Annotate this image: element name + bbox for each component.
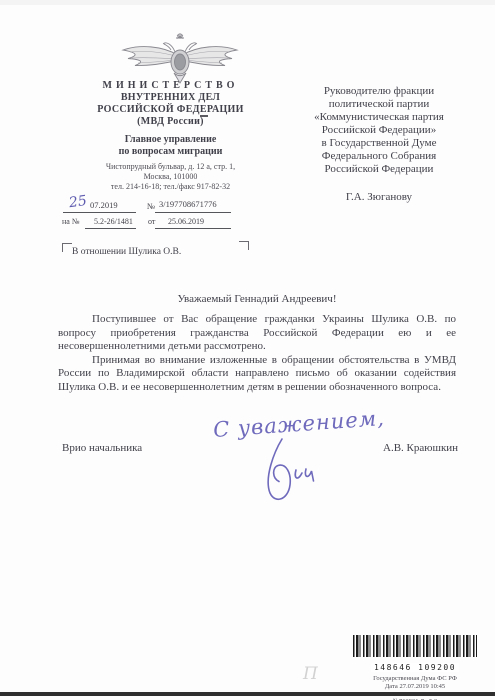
- recipient-name: Г.А. Зюганову: [283, 191, 475, 203]
- number-sign: №: [147, 201, 155, 211]
- letter-body: Поступившее от Вас обращение гражданки У…: [58, 313, 456, 394]
- barcode-digits: 148646 109200: [371, 663, 459, 672]
- incoming-date-underline: [155, 228, 231, 229]
- from-label: от: [148, 217, 155, 226]
- incoming-date: 25.06.2019: [168, 217, 204, 226]
- subject-line: В отношении Шулика О.В.: [72, 247, 181, 257]
- recipient-line: политической партии: [283, 98, 475, 111]
- outgoing-number-underline: [155, 212, 231, 213]
- stamp-date: Дата 27.07.2019 10:45: [349, 683, 481, 691]
- address-corner-mark-left: [62, 243, 72, 252]
- handwritten-day: 25: [68, 193, 88, 211]
- signature-flourish: [252, 438, 332, 506]
- recipient-line: в Государственной Думе: [283, 137, 475, 150]
- letter-date: 07.2019: [90, 200, 118, 210]
- body-paragraph-2: Принимая во внимание изложенные в обраще…: [58, 354, 456, 395]
- ministry-name-line2: ВНУТРЕННИХ ДЕЛ: [48, 92, 293, 104]
- ministry-abbreviation: (МВД России): [48, 116, 293, 128]
- salutation: Уважаемый Геннадий Андреевич!: [58, 293, 456, 305]
- incoming-number-underline: [85, 228, 136, 229]
- division-name: Главное управление по вопросам миграции: [48, 134, 293, 158]
- address-street: Чистопрудный бульвар, д. 12 а, стр. 1,: [48, 162, 293, 172]
- page-mark: П: [303, 664, 318, 684]
- barcode: [353, 635, 477, 657]
- incoming-number: 5.2-26/1481: [94, 217, 133, 226]
- address-phone: тел. 214-16-18; тел./факс 917-82-32: [48, 182, 293, 192]
- recipient-line: «Коммунистическая партия: [283, 111, 475, 124]
- address-city: Москва, 101000: [48, 172, 293, 182]
- mvd-eagle-emblem: [120, 29, 240, 87]
- handwritten-regards: С уважением,: [212, 406, 385, 442]
- signer-position: Врио начальника: [62, 442, 142, 454]
- stamp-organization: Государственная Дума ФС РФ: [349, 675, 481, 683]
- recipient-address: Руководителю фракции политической партии…: [283, 85, 475, 176]
- division-address: Чистопрудный бульвар, д. 12 а, стр. 1, М…: [48, 162, 293, 192]
- ministry-letterhead: МИНИСТЕРСТВО ВНУТРЕННИХ ДЕЛ РОССИЙСКОЙ Ф…: [48, 80, 293, 128]
- division-line1: Главное управление: [48, 134, 293, 146]
- date-underline: [63, 212, 136, 213]
- recipient-line: Российской Федерации»: [283, 124, 475, 137]
- ministry-name-line3: РОССИЙСКОЙ ФЕДЕРАЦИИ: [48, 104, 293, 116]
- scanned-letter: МИНИСТЕРСТВО ВНУТРЕННИХ ДЕЛ РОССИЙСКОЙ Ф…: [0, 0, 495, 700]
- recipient-line: Руководителю фракции: [283, 85, 475, 98]
- duma-registration-stamp: 148646 109200 Государственная Дума ФС РФ…: [349, 635, 481, 700]
- signer-name: А.В. Краюшкин: [383, 442, 458, 454]
- incoming-label: на №: [62, 217, 79, 226]
- outgoing-number: 3/197708671776: [159, 199, 217, 209]
- scan-edge-top: [0, 0, 495, 5]
- division-line2: по вопросам миграции: [48, 146, 293, 158]
- address-corner-mark-right: [239, 241, 249, 250]
- ministry-name-line1: МИНИСТЕРСТВО: [48, 80, 293, 92]
- body-paragraph-1: Поступившее от Вас обращение гражданки У…: [58, 313, 456, 354]
- recipient-line: Федерального Собрания: [283, 150, 475, 163]
- recipient-line: Российской Федерации: [283, 163, 475, 176]
